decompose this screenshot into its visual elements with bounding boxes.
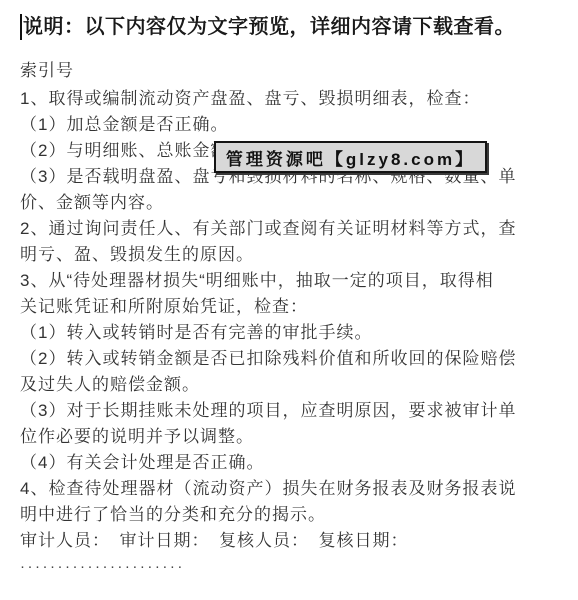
preview-notice-title: 说明：以下内容仅为文字预览，详细内容请下载查看。 bbox=[20, 12, 560, 42]
signature-line: 审计人员： 审计日期： 复核人员： 复核日期： bbox=[20, 528, 560, 554]
watermark-stamp: 管理资源吧【glzy8.com】 bbox=[214, 141, 487, 173]
text-line: 明中进行了恰当的分类和充分的揭示。 bbox=[20, 502, 560, 528]
dotted-line: ······················ bbox=[20, 554, 560, 580]
text-line: 3、从“待处理器材损失“明细账中，抽取一定的项目，取得相 bbox=[20, 268, 560, 294]
text-line: （3）对于长期挂账未处理的项目，应查明原因，要求被审计单 bbox=[20, 398, 560, 424]
text-line: 明亏、盈、毁损发生的原因。 bbox=[20, 242, 560, 268]
text-line: 及过失人的赔偿金额。 bbox=[20, 372, 560, 398]
text-line: （1）转入或转销时是否有完善的审批手续。 bbox=[20, 320, 560, 346]
document-preview-page: 说明：以下内容仅为文字预览，详细内容请下载查看。 索引号 1、取得或编制流动资产… bbox=[0, 0, 578, 600]
watermark-text: 管理资源吧【glzy8.com】 bbox=[226, 145, 475, 170]
preview-notice-text: 说明：以下内容仅为文字预览，详细内容请下载查看。 bbox=[23, 12, 515, 42]
text-cursor-icon bbox=[20, 14, 22, 40]
text-line: 1、取得或编制流动资产盘盈、盘亏、毁损明细表，检查： bbox=[20, 86, 560, 112]
text-line: （2）转入或转销金额是否已扣除残料价值和所收回的保险赔偿 bbox=[20, 346, 560, 372]
text-line: （1）加总金额是否正确。 bbox=[20, 112, 560, 138]
text-line: 2、通过询问责任人、有关部门或查阅有关证明材料等方式，查 bbox=[20, 216, 560, 242]
text-line: 4、检查待处理器材（流动资产）损失在财务报表及财务报表说 bbox=[20, 476, 560, 502]
text-line: （4）有关会计处理是否正确。 bbox=[20, 450, 560, 476]
text-line: 位作必要的说明并予以调整。 bbox=[20, 424, 560, 450]
index-number-label: 索引号 bbox=[20, 58, 560, 84]
text-line: 价、金额等内容。 bbox=[20, 190, 560, 216]
document-content: 说明：以下内容仅为文字预览，详细内容请下载查看。 索引号 1、取得或编制流动资产… bbox=[0, 0, 578, 580]
text-line: 关记账凭证和所附原始凭证，检查： bbox=[20, 294, 560, 320]
